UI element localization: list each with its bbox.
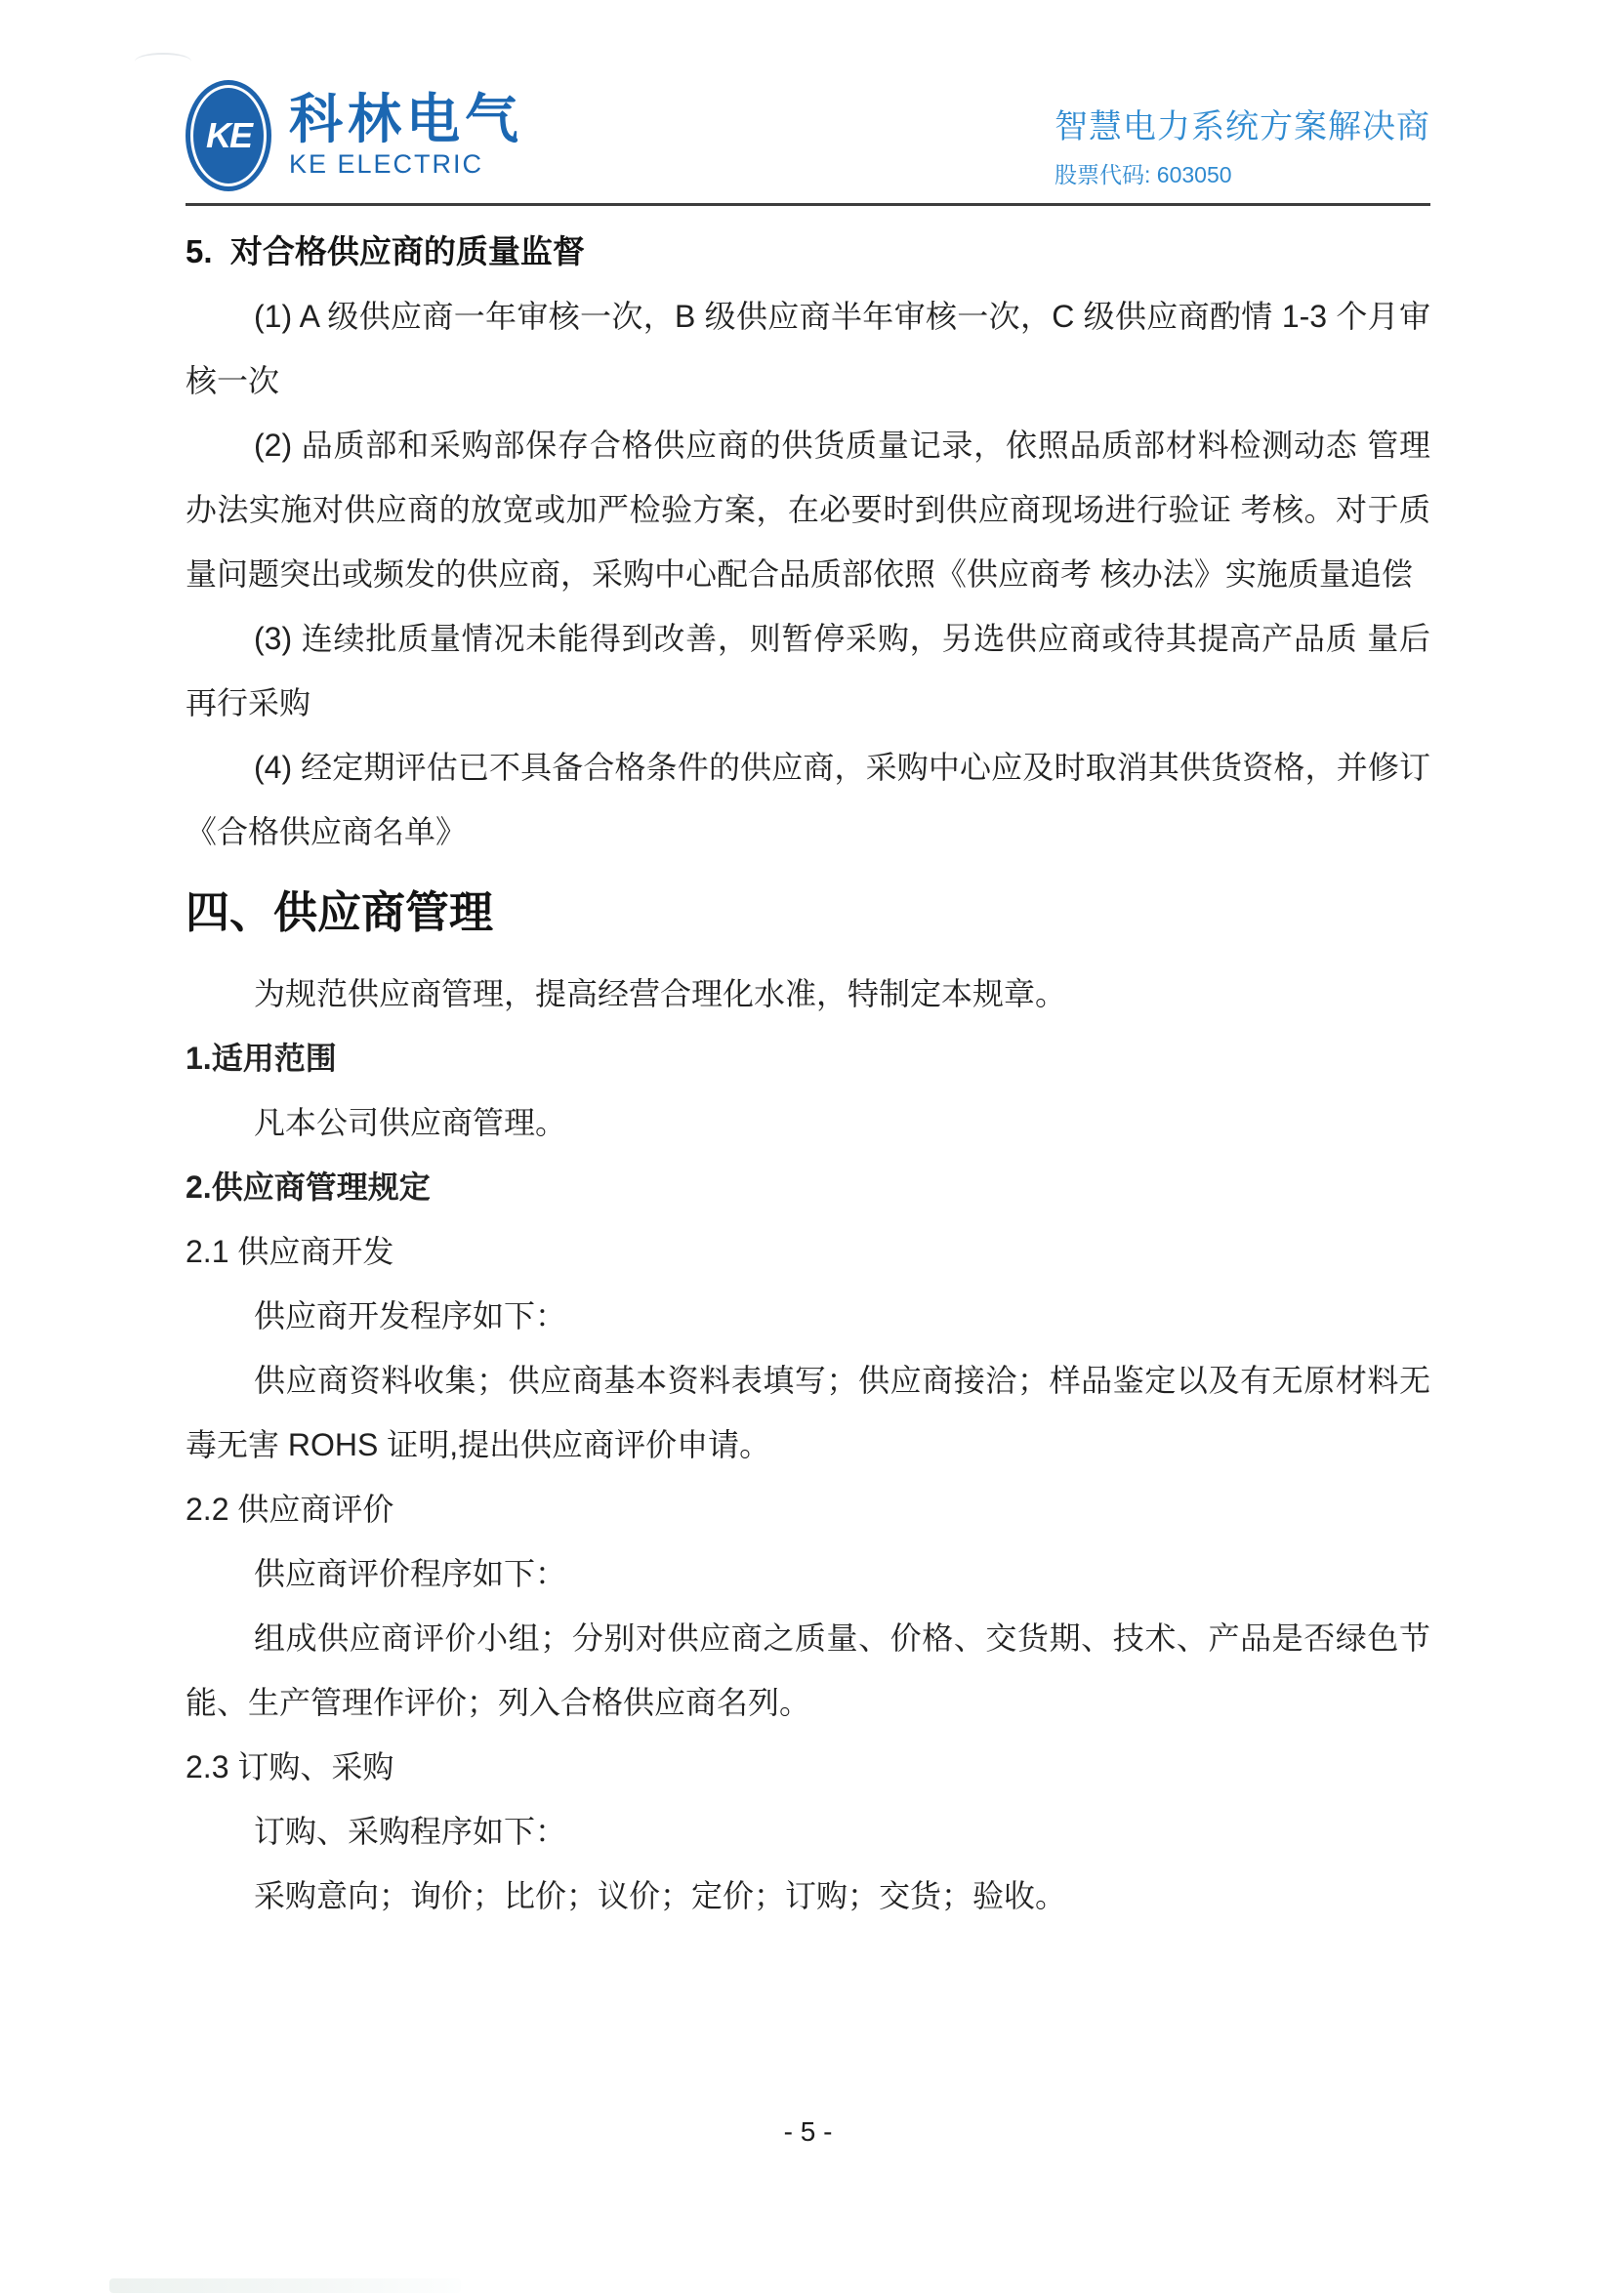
doc-heading: 1.适用范围	[186, 1026, 1430, 1090]
doc-paragraph: 为规范供应商管理，提高经营合理化水准，特制定本规章。	[186, 962, 1430, 1026]
ke-logo-badge: KE	[186, 80, 271, 191]
page-header: KE 科林电气 KE ELECTRIC 智慧电力系统方案解决商 股票代码: 60…	[186, 0, 1430, 191]
doc-paragraph: 组成供应商评价小组；分别对供应商之质量、价格、交货期、技术、产品是否绿色节能、生…	[186, 1606, 1430, 1735]
scan-artifact-bottom	[109, 2278, 461, 2293]
header-right: 智慧电力系统方案解决商 股票代码: 603050	[1055, 100, 1430, 191]
doc-paragraph: 订购、采购程序如下：	[186, 1799, 1430, 1864]
doc-heading: 5. 对合格供应商的质量监督	[186, 220, 1430, 284]
doc-paragraph: (2) 品质部和采购部保存合格供应商的供货质量记录，依照品质部材料检测动态 管理…	[186, 413, 1430, 606]
doc-paragraph: 凡本公司供应商管理。	[186, 1090, 1430, 1155]
doc-paragraph: (3) 连续批质量情况未能得到改善，则暂停采购，另选供应商或待其提高产品质 量后…	[186, 606, 1430, 735]
document-page: KE 科林电气 KE ELECTRIC 智慧电力系统方案解决商 股票代码: 60…	[0, 0, 1613, 2296]
ke-logo-icon: KE	[186, 80, 271, 191]
doc-heading: 四、供应商管理	[186, 864, 1430, 962]
scan-artifact-top	[135, 53, 191, 70]
doc-paragraph: 供应商资料收集；供应商基本资料表填写；供应商接洽；样品鉴定以及有无原材料无毒无害…	[186, 1348, 1430, 1477]
logo-text: 科林电气 KE ELECTRIC	[289, 92, 523, 181]
doc-paragraph: 采购意向；询价；比价；议价；定价；订购；交货；验收。	[186, 1864, 1430, 1928]
company-tagline: 智慧电力系统方案解决商	[1055, 100, 1430, 147]
stock-code: 股票代码: 603050	[1055, 157, 1430, 189]
page-number: - 5 -	[186, 2116, 1430, 2148]
doc-paragraph: 2.2 供应商评价	[186, 1477, 1430, 1541]
brand-name-cn: 科林电气	[289, 92, 523, 148]
brand-name-en: KE ELECTRIC	[289, 149, 523, 180]
doc-heading: 2.供应商管理规定	[186, 1155, 1430, 1219]
doc-paragraph: (4) 经定期评估已不具备合格条件的供应商，采购中心应及时取消其供货资格，并修订…	[186, 735, 1430, 864]
doc-paragraph: 2.1 供应商开发	[186, 1219, 1430, 1284]
doc-paragraph: (1) A 级供应商一年审核一次，B 级供应商半年审核一次，C 级供应商酌情 1…	[186, 284, 1430, 413]
doc-paragraph: 供应商评价程序如下：	[186, 1541, 1430, 1606]
company-logo: KE 科林电气 KE ELECTRIC	[186, 80, 523, 191]
doc-paragraph: 2.3 订购、采购	[186, 1735, 1430, 1799]
doc-paragraph: 供应商开发程序如下：	[186, 1284, 1430, 1348]
document-body: 5. 对合格供应商的质量监督(1) A 级供应商一年审核一次，B 级供应商半年审…	[186, 206, 1430, 1928]
